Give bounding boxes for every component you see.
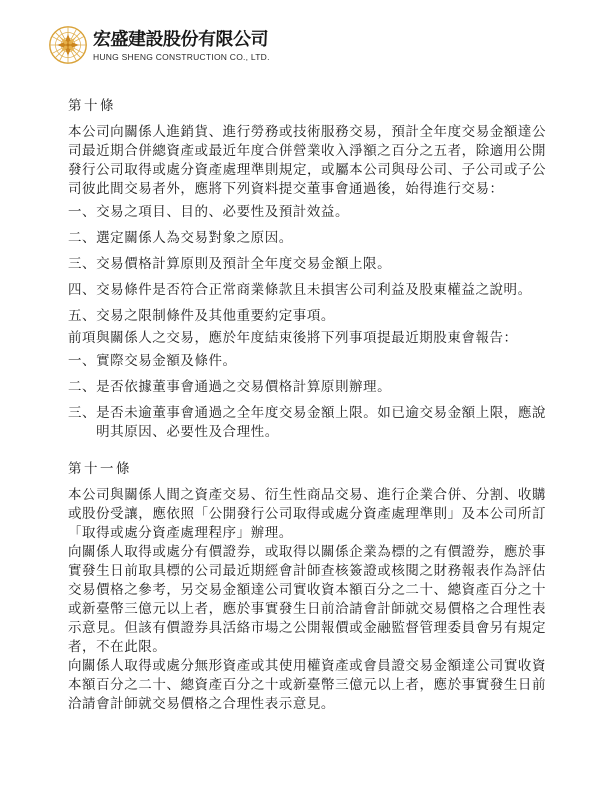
company-name-english: HUNG SHENG CONSTRUCTION CO., LTD. xyxy=(93,52,270,62)
article-10-intro-paragraph: 本公司向關係人進銷貨、進行勞務或技術服務交易，預計全年度交易金額達公司最近期合併… xyxy=(68,122,546,198)
list-item: 五、 交易之限制條件及其他重要約定事項。 xyxy=(68,306,546,325)
list-item-text: 交易之限制條件及其他重要約定事項。 xyxy=(96,306,546,325)
article-10-heading: 第十條 xyxy=(68,96,546,115)
document-page: 宏盛建設股份有限公司 HUNG SHENG CONSTRUCTION CO., … xyxy=(0,0,612,792)
list-item: 一、 交易之項目、目的、必要性及預計效益。 xyxy=(68,202,546,221)
list-item-marker: 二、 xyxy=(68,228,96,247)
list-item-text: 交易之項目、目的、必要性及預計效益。 xyxy=(96,202,546,221)
shareholder-report-intro-paragraph: 前項與關係人之交易，應於年度結束後將下列事項提最近期股東會報告： xyxy=(68,328,546,347)
list-item: 一、 實際交易金額及條件。 xyxy=(68,351,546,370)
list-item-marker: 一、 xyxy=(68,351,96,370)
list-item-marker: 一、 xyxy=(68,202,96,221)
list-item-marker: 二、 xyxy=(68,377,96,396)
company-name-block: 宏盛建設股份有限公司 HUNG SHENG CONSTRUCTION CO., … xyxy=(93,24,270,62)
list-item: 二、 是否依據董事會通過之交易價格計算原則辦理。 xyxy=(68,377,546,396)
article-11-paragraph-2: 向關係人取得或處分有價證券，或取得以關係企業為標的之有價證券，應於事實發生日前取… xyxy=(68,542,546,656)
list-item: 三、 交易價格計算原則及預計全年度交易金額上限。 xyxy=(68,254,546,273)
list-item-text: 是否依據董事會通過之交易價格計算原則辦理。 xyxy=(96,377,546,396)
compass-rosette-icon xyxy=(48,24,88,66)
list-item: 二、 選定關係人為交易對象之原因。 xyxy=(68,228,546,247)
list-item-marker: 三、 xyxy=(68,403,96,422)
list-item: 三、 是否未逾董事會通過之全年度交易金額上限。如已逾交易金額上限，應說明其原因、… xyxy=(68,403,546,441)
company-name-chinese: 宏盛建設股份有限公司 xyxy=(93,28,270,50)
list-item-marker: 三、 xyxy=(68,254,96,273)
article-11-section: 第十一條 本公司與關係人間之資產交易、衍生性商品交易、進行企業合併、分割、收購或… xyxy=(68,459,546,713)
board-approval-list: 一、 交易之項目、目的、必要性及預計效益。 二、 選定關係人為交易對象之原因。 … xyxy=(68,202,546,325)
list-item-marker: 五、 xyxy=(68,306,96,325)
article-10-section: 第十條 本公司向關係人進銷貨、進行勞務或技術服務交易，預計全年度交易金額達公司最… xyxy=(68,96,546,441)
list-item-text: 實際交易金額及條件。 xyxy=(96,351,546,370)
list-item-marker: 四、 xyxy=(68,280,96,299)
article-11-paragraph-1: 本公司與關係人間之資產交易、衍生性商品交易、進行企業合併、分割、收購或股份受讓，… xyxy=(68,485,546,542)
list-item: 四、 交易條件是否符合正常商業條款且未損害公司利益及股東權益之說明。 xyxy=(68,280,546,299)
article-11-paragraph-3: 向關係人取得或處分無形資產或其使用權資產或會員證交易金額達公司實收資本額百分之二… xyxy=(68,656,546,713)
list-item-text: 是否未逾董事會通過之全年度交易金額上限。如已逾交易金額上限，應說明其原因、必要性… xyxy=(96,403,546,441)
document-body: 第十條 本公司向關係人進銷貨、進行勞務或技術服務交易，預計全年度交易金額達公司最… xyxy=(68,96,546,713)
list-item-text: 選定關係人為交易對象之原因。 xyxy=(96,228,546,247)
shareholder-report-list: 一、 實際交易金額及條件。 二、 是否依據董事會通過之交易價格計算原則辦理。 三… xyxy=(68,351,546,441)
list-item-text: 交易條件是否符合正常商業條款且未損害公司利益及股東權益之說明。 xyxy=(96,280,546,299)
list-item-text: 交易價格計算原則及預計全年度交易金額上限。 xyxy=(96,254,546,273)
letterhead: 宏盛建設股份有限公司 HUNG SHENG CONSTRUCTION CO., … xyxy=(48,24,270,66)
article-11-heading: 第十一條 xyxy=(68,459,546,478)
